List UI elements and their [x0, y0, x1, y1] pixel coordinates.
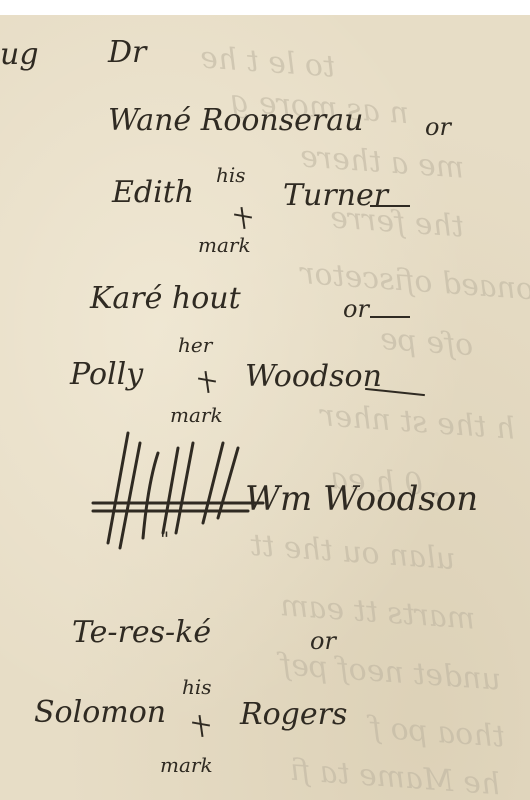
connector-or-1: or	[425, 113, 451, 141]
bleed-through-text: he Mame ta fi	[289, 753, 501, 800]
mark-above-1: his	[216, 163, 246, 187]
fragment-left: ug	[0, 37, 39, 72]
bleed-through-text: h the st nher	[319, 398, 516, 447]
flourish-line	[370, 316, 410, 318]
last-name-4: Rogers	[240, 697, 347, 732]
cross-mark-icon	[234, 207, 252, 229]
ditto-mark: "	[160, 527, 169, 551]
mark-below-4: mark	[160, 753, 213, 777]
native-name-4: Te-res-ké	[72, 615, 211, 650]
bleed-through-text: thoa po f	[369, 710, 506, 754]
bleed-through-text: ulan ou the tt	[249, 528, 456, 577]
native-name-2: Karé hout	[90, 281, 241, 316]
native-name-1: Wané Roonserau	[108, 103, 363, 138]
first-name-2: Polly	[70, 357, 143, 392]
mark-below-1: mark	[198, 233, 251, 257]
signature-wm-woodson: Wm Woodson	[245, 479, 478, 519]
bleed-through-text: marts tt eam	[279, 588, 476, 637]
mark-above-4: his	[182, 675, 212, 699]
bleed-through-text: Conaed ofiscetor	[299, 256, 530, 309]
bleed-through-text: ofe pe	[379, 322, 475, 363]
connector-or-2: or	[343, 295, 369, 323]
connector-or-4: or	[310, 627, 336, 655]
flourish-line	[370, 205, 410, 207]
fragment-right: Dr	[108, 35, 146, 70]
last-name-2: Woodson	[245, 359, 382, 394]
bleed-through-text: to le t he	[199, 40, 336, 84]
last-name-1: Turner	[283, 178, 388, 213]
manuscript-page: to le t he n as more g me a there the fe…	[0, 15, 530, 800]
wm-monogram-scribble	[88, 423, 268, 563]
cross-mark-icon	[198, 371, 216, 393]
mark-above-2: her	[178, 333, 212, 357]
first-name-4: Solomon	[34, 695, 166, 730]
cross-mark-icon	[192, 715, 210, 737]
first-name-1: Edith	[112, 175, 194, 210]
